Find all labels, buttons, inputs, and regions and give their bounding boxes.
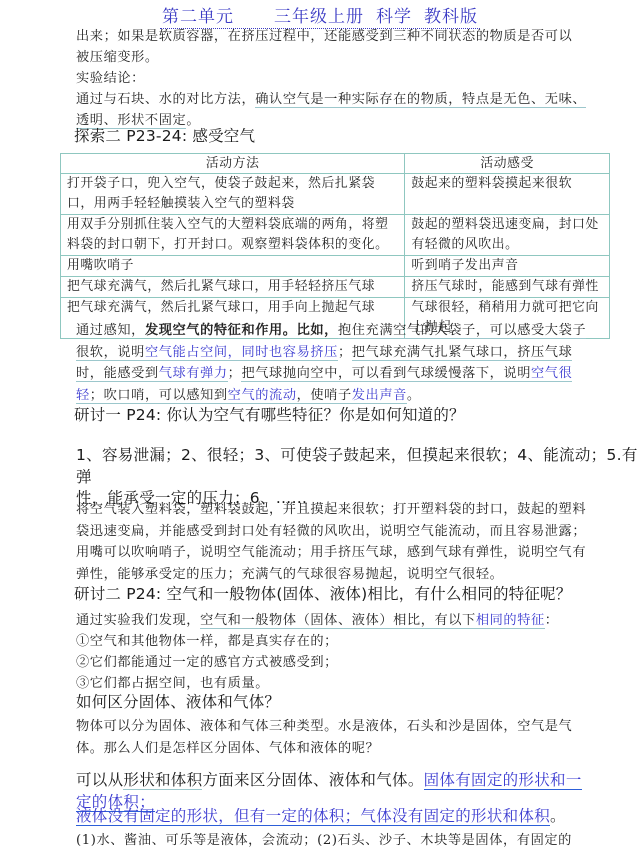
table-row: 用嘴吹哨子 听到哨子发出声音 [61, 256, 610, 277]
summary-highlight: 空气的流动 [228, 388, 297, 404]
table-cell-method: 打开袋子口，兜入空气，使袋子鼓起来，然后扎紧袋口，用两手轻轻触摸装入空气的塑料袋 [61, 174, 405, 215]
summary-underlined: 把气球抛向空中，可以看到气球缓慢落下，说明 [241, 366, 531, 382]
key-pre: 可以从 [76, 771, 123, 789]
table-cell-feeling: 听到哨子发出声音 [405, 256, 610, 277]
discuss1-answer-line-1: 1、容易泄漏；2、很轻；3、可使袋子鼓起来，但摸起来很软；4、能流动；5.有弹 [76, 443, 640, 487]
table-header-row: 活动方法 活动感受 [61, 154, 610, 174]
table-cell-method: 把气球充满气，然后扎紧气球口，用手轻轻挤压气球 [61, 277, 405, 298]
intro-paragraph: 出来；如果是软质容器，在挤压过程中，还能感受到三种不同状态的物质是否可以 被压缩… [76, 26, 591, 131]
summary-highlight: 空气能占空间，同时也容易挤压 [145, 345, 338, 361]
distinguish-key-line-2: 液体没有固定的形状，但有一定的体积；气体没有固定的形状和体积。 [76, 804, 566, 826]
discuss1-title: 研讨一 P24: 你认为空气有哪些特征？你是如何知道的？ [74, 403, 465, 425]
header-subject: 科学 [376, 7, 412, 27]
discuss2-point: ①空气和其他物体一样，都是真实存在的； [76, 631, 591, 652]
discuss2-intro: 通过实验我们发现，空气和一般物体（固体、液体）相比，有以下相同的特征： [76, 610, 591, 631]
table-header-feeling: 活动感受 [405, 154, 610, 174]
summary-text: ； [228, 366, 242, 381]
summary-text: 。 [407, 388, 421, 403]
key-mid: 方面来区分固体、液体和气体。 [202, 771, 423, 789]
intro-line-2: 被压缩变形。 [76, 47, 591, 68]
table-header-method: 活动方法 [61, 154, 405, 174]
header-line: 第二单元三年级上册科学教科版 [160, 2, 480, 29]
discuss2-title: 研讨二 P24: 空气和一般物体(固体、液体)相比，有什么相同的特征呢？ [74, 582, 571, 604]
key-underlined: 形状和体积 [123, 771, 202, 790]
summary-bold: 发现空气的特征和作用。比如， [145, 323, 338, 338]
explore2-summary: 通过感知，发现空气的特征和作用。比如，抱住充满空气的大袋子，可以感受大袋子很软，… [76, 320, 591, 406]
discuss1-explanation: 将空气装入塑料袋，塑料袋鼓起，并且摸起来很软；打开塑料袋的封口，鼓起的塑料袋迅速… [76, 499, 591, 585]
conclusion-label: 实验结论： [76, 68, 591, 89]
discuss2-intro-highlight: 相同的特征 [476, 613, 545, 629]
summary-text: ； [338, 345, 352, 360]
discuss2-body: 通过实验我们发现，空气和一般物体（固体、液体）相比，有以下相同的特征： ①空气和… [76, 610, 591, 694]
summary-underlined: ；吹口哨，可以感知到 [90, 388, 228, 404]
header-unit: 第二单元 [162, 7, 234, 27]
conclusion-pre: 通过与石块、水的对比方法， [76, 92, 255, 107]
header-grade: 三年级上册 [274, 7, 364, 27]
discuss2-intro-end: ： [545, 613, 559, 628]
table-cell-feeling: 鼓起来的塑料袋摸起来很软 [405, 174, 610, 215]
summary-highlight: 气球有弹力 [159, 366, 228, 382]
table-cell-feeling: 挤压气球时，能感到气球有弹性 [405, 277, 610, 298]
discuss2-point: ②它们都能通过一定的感官方式被感受到； [76, 652, 591, 673]
distinguish-title: 如何区分固体、液体和气体？ [76, 690, 280, 712]
conclusion-text: 通过与石块、水的对比方法，确认空气是一种实际存在的物质，特点是无色、无味、 [76, 89, 591, 110]
discuss2-intro-pre: 通过实验我们发现， [76, 613, 200, 628]
page-header: 第二单元三年级上册科学教科版 [0, 2, 640, 29]
distinguish-last-line: (1)水、酱油、可乐等是液体，会流动；(2)石头、沙子、木块等是固体，有固定的 [76, 830, 616, 851]
intro-line-1: 出来；如果是软质容器，在挤压过程中，还能感受到三种不同状态的物质是否可以 [76, 26, 591, 47]
explore2-title: 探索二 P23-24: 感受空气 [74, 124, 255, 146]
distinguish-paragraph: 物体可以分为固体、液体和气体三种类型。水是液体，石头和沙是固体，空气是气体。那么… [76, 716, 591, 760]
table-row: 打开袋子口，兜入空气，使袋子鼓起来，然后扎紧袋口，用两手轻轻触摸装入空气的塑料袋… [61, 174, 610, 215]
key-end: 。 [550, 807, 566, 825]
table-cell-feeling: 鼓起的塑料袋迅速变扁，封口处有轻微的风吹出。 [405, 215, 610, 256]
table-row: 用双手分别抓住装入空气的大塑料袋底端的两角，将塑料袋的封口朝下，打开封口。观察塑… [61, 215, 610, 256]
header-edition: 教科版 [424, 7, 478, 27]
summary-text: 通过感知， [76, 323, 145, 338]
table-cell-method: 用嘴吹哨子 [61, 256, 405, 277]
summary-underlined: ，使哨子 [297, 388, 352, 404]
discuss2-intro-underlined: 空气和一般物体（固体、液体）相比，有以下 [200, 613, 476, 629]
activity-table: 活动方法 活动感受 打开袋子口，兜入空气，使袋子鼓起来，然后扎紧袋口，用两手轻轻… [60, 153, 610, 339]
key-highlight-2: 液体没有固定的形状，但有一定的体积；气体没有固定的形状和体积 [76, 807, 550, 826]
conclusion-highlight: 确认空气是一种实际存在的物质，特点是无色、无味、 [255, 92, 586, 108]
table-cell-method: 用双手分别抓住装入空气的大塑料袋底端的两角，将塑料袋的封口朝下，打开封口。观察塑… [61, 215, 405, 256]
summary-highlight: 发出声音 [352, 388, 407, 404]
table-row: 把气球充满气，然后扎紧气球口，用手轻轻挤压气球 挤压气球时，能感到气球有弹性 [61, 277, 610, 298]
